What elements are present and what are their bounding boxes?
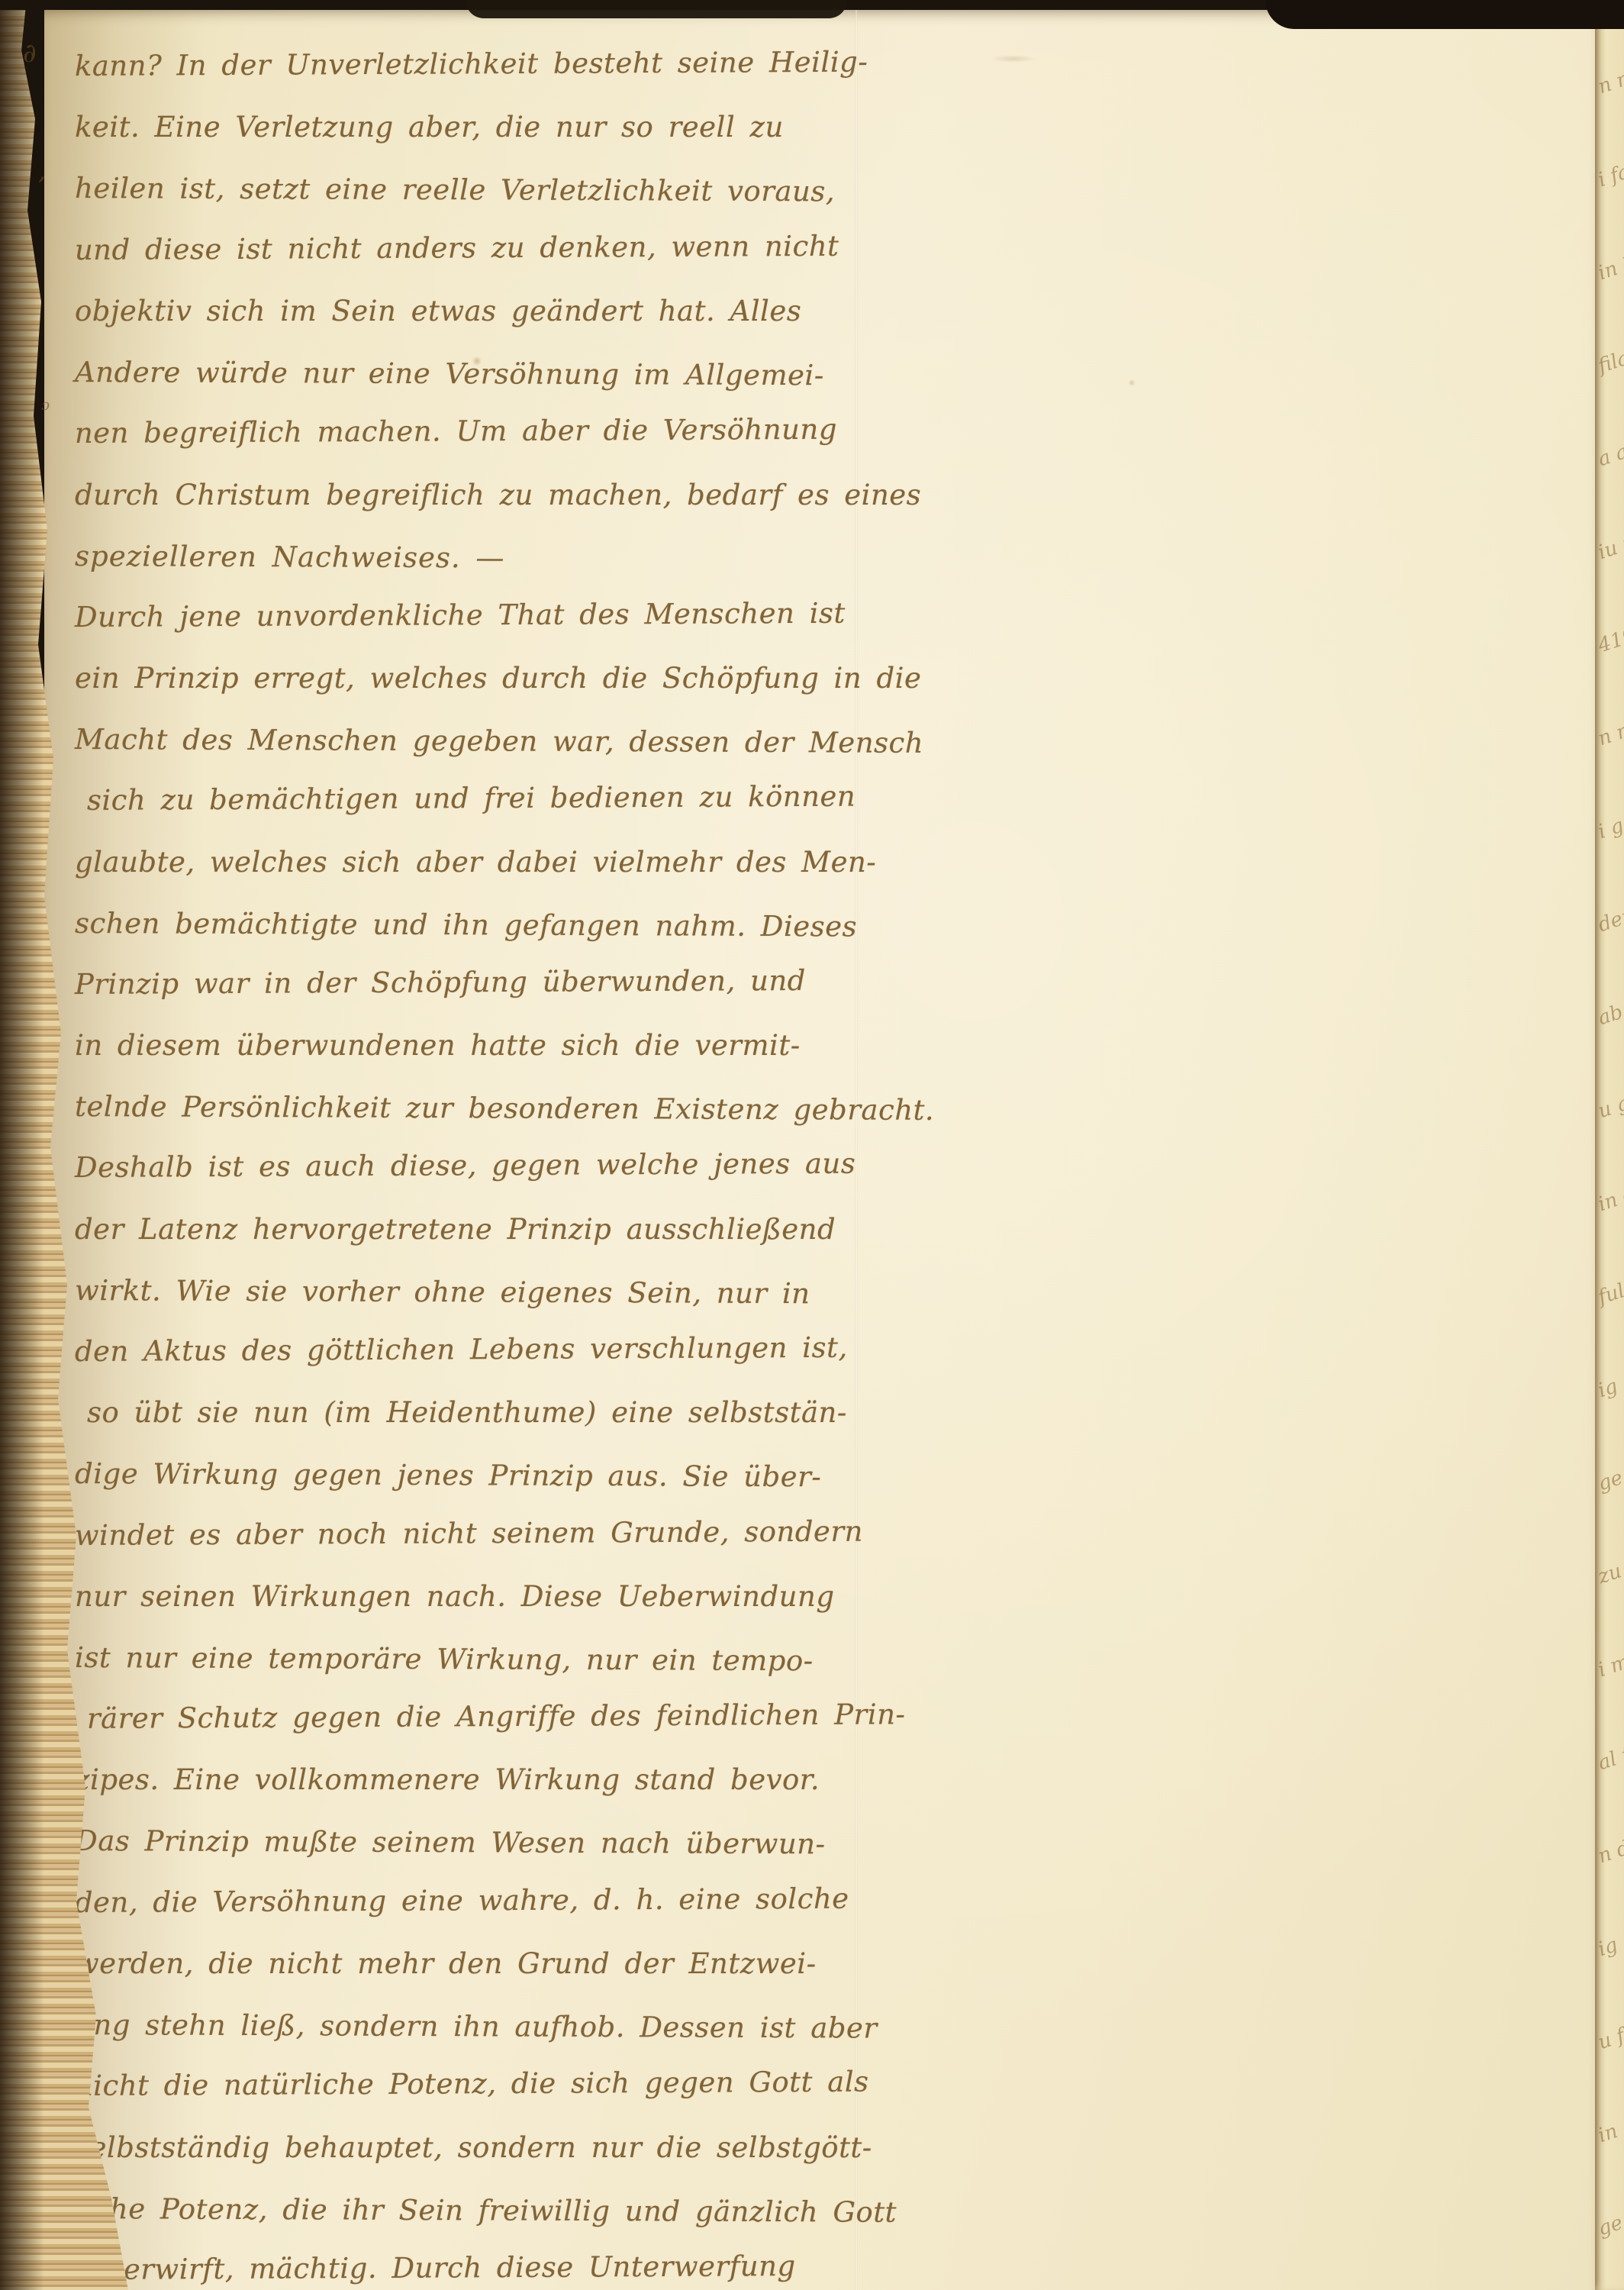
manuscript-line: so übt sie nun (im Heidenthume) eine sel… xyxy=(75,1368,853,1429)
bleed-text-fragment: n d xyxy=(1595,1837,1624,1868)
bleed-text-fragment: filan xyxy=(1595,343,1624,378)
bleed-text-fragment: i fa xyxy=(1595,160,1624,192)
bleed-text-fragment: ig a xyxy=(1595,1369,1624,1403)
bleed-text-fragment: zu xyxy=(1595,1559,1624,1588)
bleed-text-fragment: 4199 xyxy=(1595,620,1624,657)
bleed-text-fragment: al f xyxy=(1595,1743,1624,1775)
next-page-edge: n ra i fa in F filan a ab iu p 4199 n m … xyxy=(1595,0,1624,2290)
bleed-text-fragment: in d xyxy=(1595,1182,1624,1216)
bleed-text-fragment: ful xyxy=(1595,1279,1624,1309)
manuscript-line: dige Wirkung gegen jenes Prinzip aus. Si… xyxy=(75,1429,853,1494)
bleed-text-fragment: i m xyxy=(1595,1650,1624,1682)
bleed-text-fragment: in a xyxy=(1595,2114,1624,2148)
manuscript-line: unterwirft, mächtig. Durch diese Unterwe… xyxy=(75,2221,853,2286)
manuscript-line: wirkt. Wie sie vorher ohne eigenes Sein,… xyxy=(75,1246,853,1311)
bleed-text-fragment: ge u xyxy=(1595,1460,1624,1495)
manuscript-line: ist nur eine temporäre Wirkung, nur ein … xyxy=(75,1613,853,1678)
manuscript-book-scan: n ra i fa in F filan a ab iu p 4199 n m … xyxy=(0,0,1624,2290)
manuscript-line: den, die Versöhnung eine wahre, d. h. ei… xyxy=(75,1853,853,1919)
manuscript-line: rärer Schutz gegen die Angriffe des fein… xyxy=(75,1670,853,1736)
manuscript-line: windet es aber noch nicht seinem Grunde,… xyxy=(75,1486,853,1552)
backdrop-top-bump xyxy=(466,0,847,18)
manuscript-line: schen bemächtigte und ihn gefangen nahm.… xyxy=(75,879,853,943)
manuscript-line: den Aktus des göttlichen Lebens verschlu… xyxy=(75,1303,853,1369)
manuscript-line: Das Prinzip mußte seinem Wesen nach über… xyxy=(75,1796,853,1861)
manuscript-line: nen begreiflich machen. Um aber die Vers… xyxy=(75,385,853,450)
manuscript-line: objektiv sich im Sein etwas geändert hat… xyxy=(75,266,853,327)
bleed-text-fragment: n m xyxy=(1595,717,1624,750)
foxing-stain xyxy=(991,55,1036,63)
manuscript-text: kann? In der Unverletzlichkeit besteht s… xyxy=(75,21,853,2286)
manuscript-line: zipes. Eine vollkommenere Wirkung stand … xyxy=(75,1735,853,1796)
backdrop-top-right-corner xyxy=(1265,0,1624,29)
bleed-text-fragment: iu p xyxy=(1595,531,1624,564)
manuscript-line: heilen ist, setzt eine reelle Verletzlic… xyxy=(75,144,853,208)
margin-mark: ∂ xyxy=(23,38,37,69)
bleed-text-fragment: ab xyxy=(1595,1001,1624,1030)
manuscript-line: Macht des Menschen gegeben war, dessen d… xyxy=(75,695,853,760)
manuscript-line: liche Potenz, die ihr Sein freiwillig un… xyxy=(75,2164,853,2229)
margin-mark: ‚ xyxy=(38,159,46,185)
manuscript-line: in diesem überwundenen hatte sich die ve… xyxy=(75,1001,853,1062)
manuscript-line: telnde Persönlichkeit zur besonderen Exi… xyxy=(75,1062,853,1127)
manuscript-line: sich zu bemächtigen und frei bedienen zu… xyxy=(75,752,853,818)
manuscript-line: Prinzip war in der Schöpfung überwunden,… xyxy=(75,935,853,1001)
manuscript-line: Deshalb ist es auch diese, gegen welche … xyxy=(75,1119,853,1185)
manuscript-line: selbstständig behauptet, sondern nur die… xyxy=(75,2102,853,2163)
manuscript-line: Durch jene unvordenkliche That des Mensc… xyxy=(75,568,853,634)
manuscript-line: und diese ist nicht anders zu denken, we… xyxy=(75,201,853,266)
manuscript-line: spezielleren Nachweises. — xyxy=(75,511,853,576)
manuscript-line: nicht die natürliche Potenz, die sich ge… xyxy=(75,2037,853,2103)
bleed-text-fragment: u gz xyxy=(1595,1089,1624,1124)
manuscript-line: durch Christum begreiflich zu machen, be… xyxy=(75,450,853,511)
manuscript-line: nur seinen Wirkungen nach. Diese Ueberwi… xyxy=(75,1552,853,1613)
foxing-stain xyxy=(1128,379,1136,386)
manuscript-page: ∂ ‚ ɔ o s y kann? In der Unverletzlichke… xyxy=(44,9,1595,2290)
bleed-text-fragment: ge xyxy=(1595,2211,1624,2240)
manuscript-line: werden, die nicht mehr den Grund der Ent… xyxy=(75,1919,853,1980)
bleed-text-fragment: in F xyxy=(1595,251,1624,285)
margin-mark: ɔ xyxy=(41,395,50,414)
bleed-text-fragment: der xyxy=(1595,905,1624,937)
manuscript-line: ung stehn ließ, sondern ihn aufhob. Dess… xyxy=(75,1980,853,2045)
bleed-text-fragment: a ab xyxy=(1595,436,1624,471)
manuscript-line: ein Prinzip erregt, welches durch die Sc… xyxy=(75,634,853,695)
manuscript-line: kann? In der Unverletzlichkeit besteht s… xyxy=(75,18,853,83)
manuscript-line: glaubte, welches sich aber dabei vielmeh… xyxy=(75,817,853,878)
manuscript-line: der Latenz hervorgetretene Prinzip aussc… xyxy=(75,1185,853,1246)
bleed-text-fragment: i ge xyxy=(1595,811,1624,844)
bleed-text-fragment: n ra xyxy=(1595,64,1624,98)
bleed-text-fragment: u f xyxy=(1595,2024,1624,2054)
bleed-text-fragment: ig xyxy=(1595,1934,1620,1961)
manuscript-line: Andere würde nur eine Versöhnung im Allg… xyxy=(75,327,853,392)
manuscript-line: keit. Eine Verletzung aber, die nur so r… xyxy=(75,82,853,144)
